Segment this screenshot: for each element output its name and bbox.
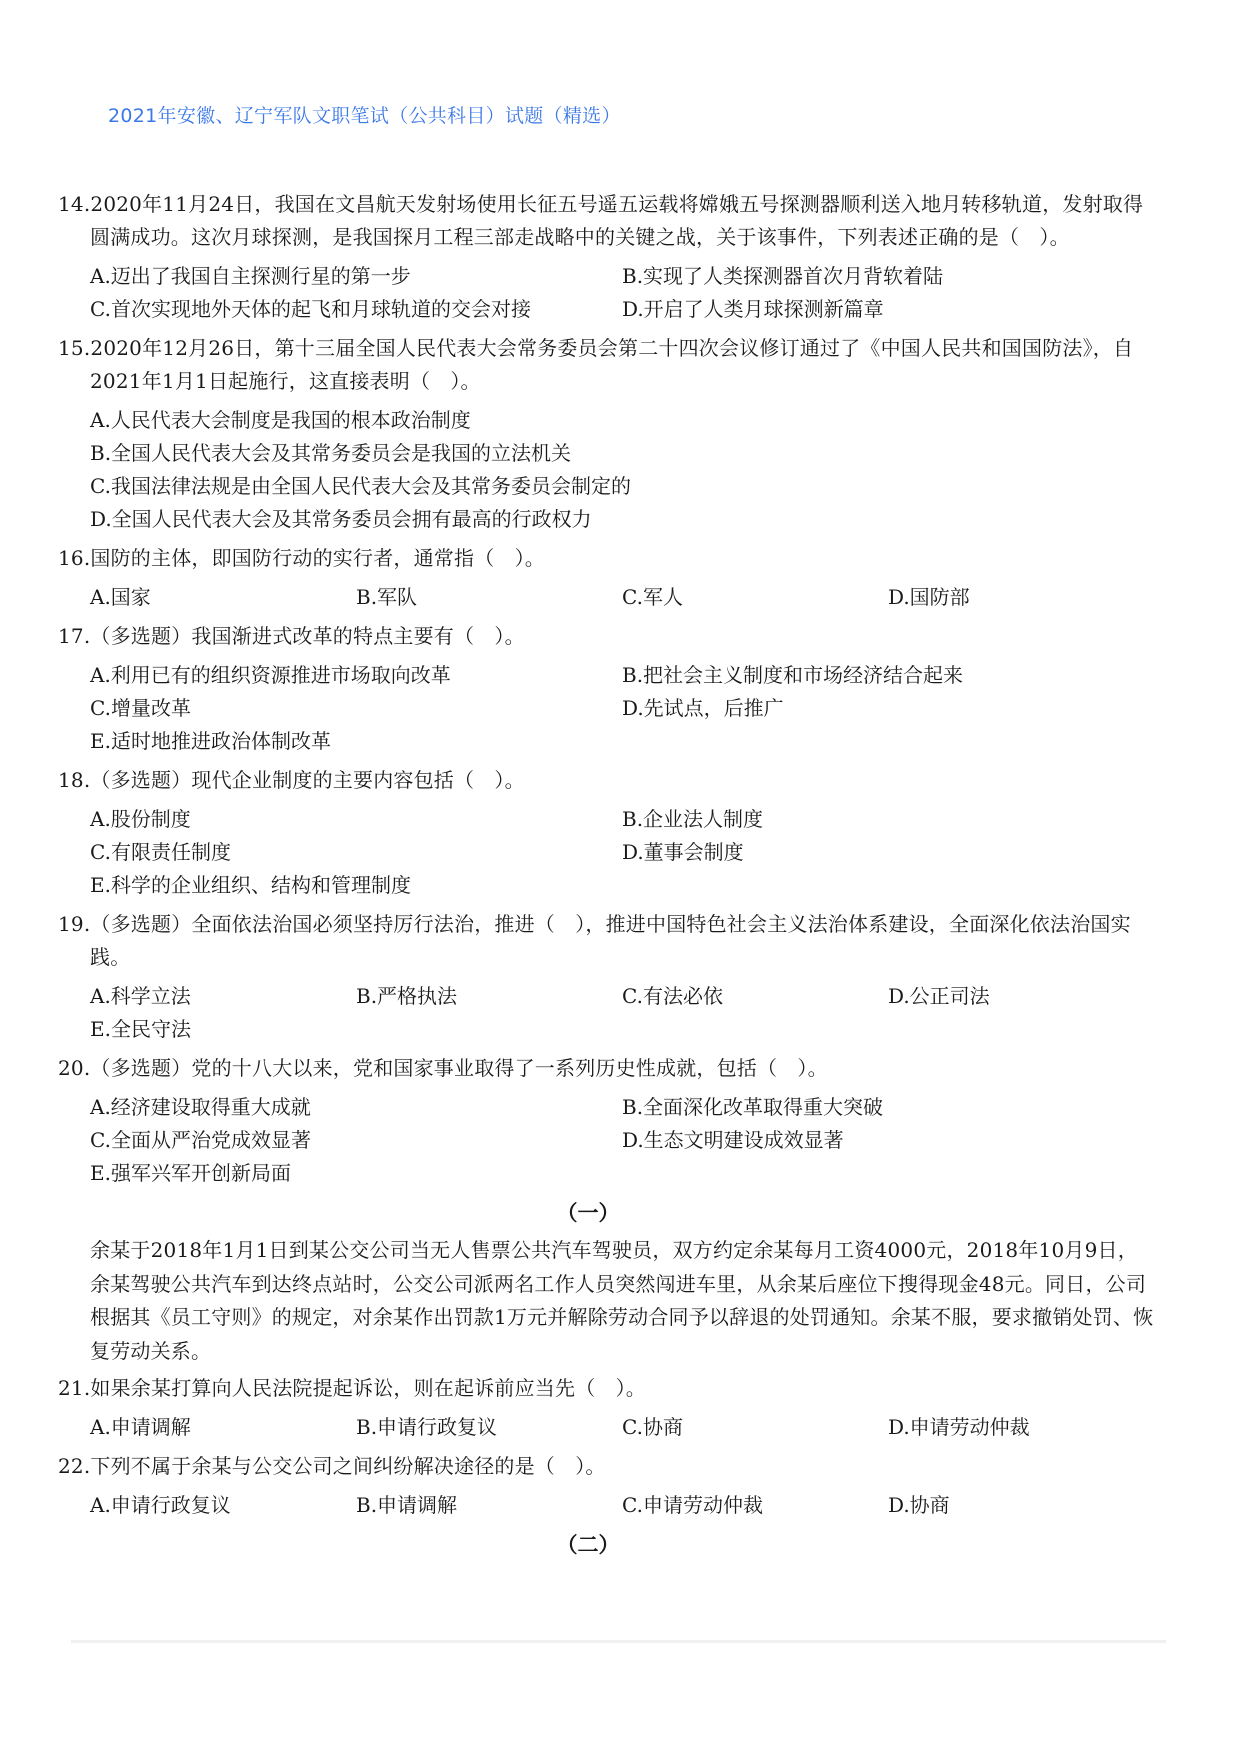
question-18: 18.（多选题）现代企业制度的主要内容包括（ ）。 A.股份制度 B.企业法人制… — [58, 764, 1158, 902]
question-20: 20.（多选题）党的十八大以来，党和国家事业取得了一系列历史性成就，包括（ ）。… — [58, 1052, 1158, 1190]
question-stem: 22.下列不属于余某与公交公司之间纠纷解决途径的是（ ）。 — [58, 1450, 1158, 1483]
options-list: A.申请行政复议 B.申请调解 C.申请劳动仲裁 D.协商 — [58, 1489, 1158, 1522]
option-c: C.首次实现地外天体的起飞和月球轨道的交会对接 — [90, 293, 622, 326]
option-a: A.科学立法 — [90, 980, 356, 1013]
question-stem: 19.（多选题）全面依法治国必须坚持厉行法治，推进（ ），推进中国特色社会主义法… — [58, 908, 1158, 974]
option-c: C.有法必依 — [622, 980, 888, 1013]
option-d: D.申请劳动仲裁 — [888, 1411, 1154, 1444]
options-list: A.经济建设取得重大成就 B.全面深化改革取得重大突破 C.全面从严治党成效显著… — [58, 1091, 1158, 1190]
option-d: D.公正司法 — [888, 980, 1154, 1013]
option-b: B.企业法人制度 — [622, 803, 1154, 836]
option-c: C.有限责任制度 — [90, 836, 622, 869]
exam-content: 14.2020年11月24日，我国在文昌航天发射场使用长征五号遥五运载将嫦娥五号… — [58, 188, 1158, 1566]
question-stem: 21.如果余某打算向人民法院提起诉讼，则在起诉前应当先（ ）。 — [58, 1372, 1158, 1405]
option-b: B.严格执法 — [356, 980, 622, 1013]
question-stem: 14.2020年11月24日，我国在文昌航天发射场使用长征五号遥五运载将嫦娥五号… — [58, 188, 1158, 254]
option-c: C.我国法律法规是由全国人民代表大会及其常务委员会制定的 — [90, 470, 1158, 503]
question-stem: 20.（多选题）党的十八大以来，党和国家事业取得了一系列历史性成就，包括（ ）。 — [58, 1052, 1158, 1085]
document-header-title: 2021年安徽、辽宁军队文职笔试（公共科目）试题（精选） — [108, 101, 621, 128]
question-22: 22.下列不属于余某与公交公司之间纠纷解决途径的是（ ）。 A.申请行政复议 B… — [58, 1450, 1158, 1522]
option-d: D.全国人民代表大会及其常务委员会拥有最高的行政权力 — [90, 503, 1158, 536]
question-16: 16.国防的主体，即国防行动的实行者，通常指（ ）。 A.国家 B.军队 C.军… — [58, 542, 1158, 614]
option-d: D.开启了人类月球探测新篇章 — [622, 293, 1154, 326]
option-a: A.人民代表大会制度是我国的根本政治制度 — [90, 404, 1158, 437]
option-b: B.申请调解 — [356, 1489, 622, 1522]
question-15: 15.2020年12月26日，第十三届全国人民代表大会常务委员会第二十四次会议修… — [58, 332, 1158, 536]
case-passage: 余某于2018年1月1日到某公交公司当无人售票公共汽车驾驶员，双方约定余某每月工… — [58, 1234, 1158, 1368]
options-list: A.申请调解 B.申请行政复议 C.协商 D.申请劳动仲裁 — [58, 1411, 1158, 1444]
option-b: B.实现了人类探测器首次月背软着陆 — [622, 260, 1154, 293]
option-a: A.迈出了我国自主探测行星的第一步 — [90, 260, 622, 293]
question-stem: 17.（多选题）我国渐进式改革的特点主要有（ ）。 — [58, 620, 1158, 653]
option-e: E.强军兴军开创新局面 — [90, 1157, 622, 1190]
option-e: E.全民守法 — [90, 1013, 356, 1046]
section-heading-two: （二） — [58, 1528, 1158, 1562]
question-21: 21.如果余某打算向人民法院提起诉讼，则在起诉前应当先（ ）。 A.申请调解 B… — [58, 1372, 1158, 1444]
options-list: A.利用已有的组织资源推进市场取向改革 B.把社会主义制度和市场经济结合起来 C… — [58, 659, 1158, 758]
option-a: A.股份制度 — [90, 803, 622, 836]
question-stem: 16.国防的主体，即国防行动的实行者，通常指（ ）。 — [58, 542, 1158, 575]
option-c: C.增量改革 — [90, 692, 622, 725]
option-b: B.把社会主义制度和市场经济结合起来 — [622, 659, 1154, 692]
options-list: A.国家 B.军队 C.军人 D.国防部 — [58, 581, 1158, 614]
option-d: D.生态文明建设成效显著 — [622, 1124, 1154, 1157]
option-c: C.全面从严治党成效显著 — [90, 1124, 622, 1157]
section-heading-one: （一） — [58, 1196, 1158, 1230]
option-d: D.协商 — [888, 1489, 1154, 1522]
option-c: C.协商 — [622, 1411, 888, 1444]
options-list: A.迈出了我国自主探测行星的第一步 B.实现了人类探测器首次月背软着陆 C.首次… — [58, 260, 1158, 326]
option-e: E.科学的企业组织、结构和管理制度 — [90, 869, 622, 902]
option-b: B.全国人民代表大会及其常务委员会是我国的立法机关 — [90, 437, 1158, 470]
options-list: A.科学立法 B.严格执法 C.有法必依 D.公正司法 E.全民守法 — [58, 980, 1158, 1046]
question-stem: 18.（多选题）现代企业制度的主要内容包括（ ）。 — [58, 764, 1158, 797]
option-c: C.申请劳动仲裁 — [622, 1489, 888, 1522]
options-list: A.股份制度 B.企业法人制度 C.有限责任制度 D.董事会制度 E.科学的企业… — [58, 803, 1158, 902]
option-a: A.利用已有的组织资源推进市场取向改革 — [90, 659, 622, 692]
option-a: A.经济建设取得重大成就 — [90, 1091, 622, 1124]
option-a: A.申请调解 — [90, 1411, 356, 1444]
option-e: E.适时地推进政治体制改革 — [90, 725, 622, 758]
option-c: C.军人 — [622, 581, 888, 614]
footer-divider — [71, 1640, 1166, 1643]
option-b: B.申请行政复议 — [356, 1411, 622, 1444]
question-19: 19.（多选题）全面依法治国必须坚持厉行法治，推进（ ），推进中国特色社会主义法… — [58, 908, 1158, 1046]
option-b: B.军队 — [356, 581, 622, 614]
option-d: D.国防部 — [888, 581, 1154, 614]
option-d: D.先试点，后推广 — [622, 692, 1154, 725]
options-list: A.人民代表大会制度是我国的根本政治制度 B.全国人民代表大会及其常务委员会是我… — [58, 404, 1158, 536]
option-d: D.董事会制度 — [622, 836, 1154, 869]
option-a: A.申请行政复议 — [90, 1489, 356, 1522]
option-b: B.全面深化改革取得重大突破 — [622, 1091, 1154, 1124]
option-a: A.国家 — [90, 581, 356, 614]
question-stem: 15.2020年12月26日，第十三届全国人民代表大会常务委员会第二十四次会议修… — [58, 332, 1158, 398]
question-14: 14.2020年11月24日，我国在文昌航天发射场使用长征五号遥五运载将嫦娥五号… — [58, 188, 1158, 326]
question-17: 17.（多选题）我国渐进式改革的特点主要有（ ）。 A.利用已有的组织资源推进市… — [58, 620, 1158, 758]
